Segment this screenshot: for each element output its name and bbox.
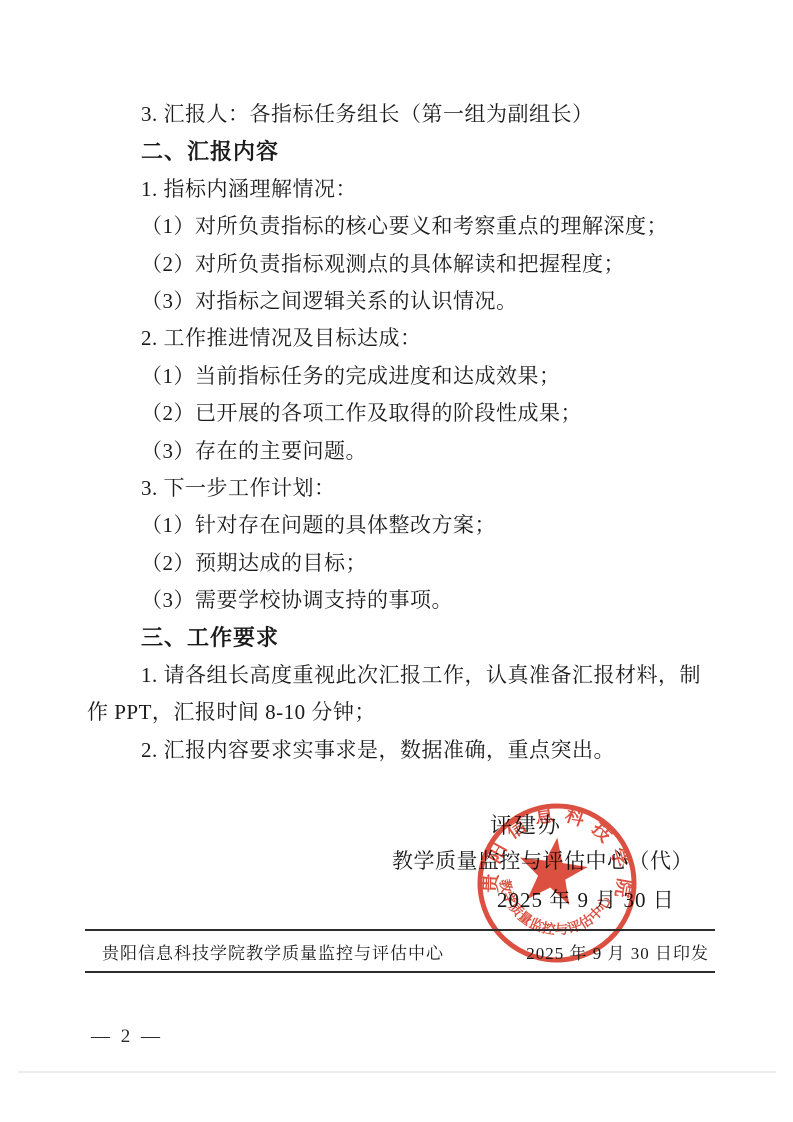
footer-rule-bottom: [85, 971, 715, 973]
body-line: 2. 汇报内容要求实事求是，数据准确，重点突出。: [87, 732, 719, 769]
body-line: 3. 汇报人：各指标任务组长（第一组为副组长）: [87, 96, 719, 133]
body-line: （1）对所负责指标的核心要义和考察重点的理解深度；: [87, 208, 719, 245]
body-line: （2）预期达成的目标；: [87, 545, 719, 582]
body-line: （1）当前指标任务的完成进度和达成效果；: [87, 358, 719, 395]
colophon: 贵阳信息科技学院教学质量监控与评估中心 2025 年 9 月 30 日印发: [85, 931, 715, 971]
signature-office: 评建办: [490, 809, 562, 840]
body-line: 2. 工作推进情况及目标达成：: [87, 320, 719, 357]
body-line: （2）对所负责指标观测点的具体解读和把握程度；: [87, 246, 719, 283]
document-body: 3. 汇报人：各指标任务组长（第一组为副组长）二、汇报内容1. 指标内涵理解情况…: [87, 96, 719, 769]
page-number: — 2 —: [91, 1026, 163, 1048]
body-line: （2）已开展的各项工作及取得的阶段性成果；: [87, 395, 719, 432]
section-heading: 三、工作要求: [87, 619, 719, 656]
body-line: 1. 请各组长高度重视此次汇报工作，认真准备汇报材料，制: [87, 657, 719, 694]
signature-date: 2025 年 9 月 30 日: [497, 884, 675, 914]
section-heading: 二、汇报内容: [87, 133, 719, 170]
document-page: 3. 汇报人：各指标任务组长（第一组为副组长）二、汇报内容1. 指标内涵理解情况…: [0, 0, 793, 1122]
issuing-department: 贵阳信息科技学院教学质量监控与评估中心: [102, 939, 444, 964]
body-line: （3）需要学校协调支持的事项。: [87, 582, 719, 619]
signature-department: 教学质量监控与评估中心（代）: [392, 845, 693, 875]
body-line: 作 PPT，汇报时间 8-10 分钟；: [87, 694, 719, 731]
body-line: （3）对指标之间逻辑关系的认识情况。: [87, 283, 719, 320]
scan-artifact-line: [18, 1071, 776, 1073]
body-line: （3）存在的主要问题。: [87, 433, 719, 470]
body-line: 1. 指标内涵理解情况：: [87, 171, 719, 208]
body-line: （1）针对存在问题的具体整改方案；: [87, 507, 719, 544]
print-date: 2025 年 9 月 30 日印发: [526, 939, 709, 964]
body-line: 3. 下一步工作计划：: [87, 470, 719, 507]
